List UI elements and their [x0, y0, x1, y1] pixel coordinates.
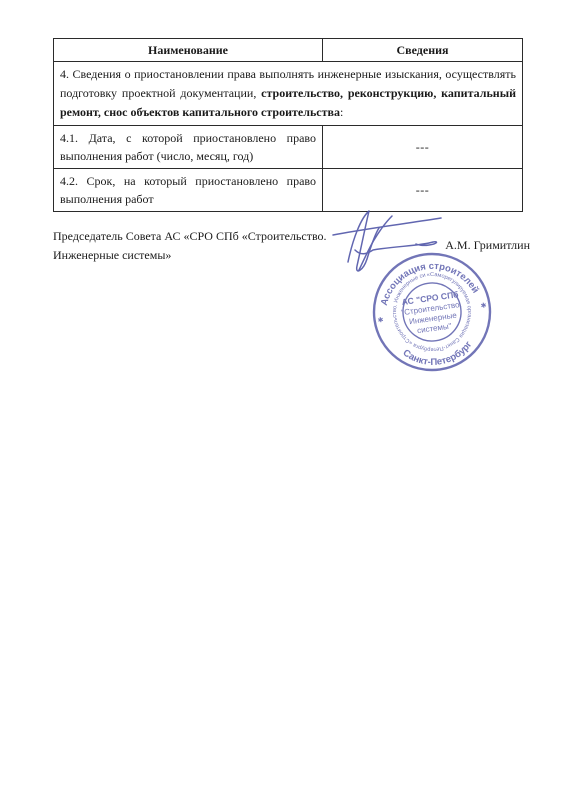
signatory-title-line2: Инженерные системы» — [53, 246, 363, 265]
column-header-name: Наименование — [54, 39, 323, 62]
row41-value: --- — [323, 126, 523, 169]
row4-text-suffix: : — [340, 105, 343, 119]
suspension-table: Наименование Сведения 4. Сведения о прио… — [53, 38, 523, 212]
table-row-4-1: 4.1. Дата, с которой приостановлено прав… — [54, 126, 523, 169]
row4-cell: 4. Сведения о приостановлении права выпо… — [54, 62, 523, 126]
table-row-4-2: 4.2. Срок, на который приостановлено пра… — [54, 169, 523, 212]
signatory-title-line1: Председатель Совета АС «СРО СПб «Строите… — [53, 227, 363, 246]
seal-separator-left-icon: ✱ — [377, 316, 384, 325]
signatory-title: Председатель Совета АС «СРО СПб «Строите… — [53, 227, 363, 265]
document-page: Наименование Сведения 4. Сведения о прио… — [0, 0, 565, 800]
row41-label: 4.1. Дата, с которой приостановлено прав… — [54, 126, 323, 169]
round-seal-stamp: Ассоциация строителей Санкт-Петербург «С… — [366, 250, 498, 374]
row42-label: 4.2. Срок, на который приостановлено пра… — [54, 169, 323, 212]
column-header-details: Сведения — [323, 39, 523, 62]
table-row-4: 4. Сведения о приостановлении права выпо… — [54, 62, 523, 126]
seal-separator-right-icon: ✱ — [480, 301, 487, 310]
table-header-row: Наименование Сведения — [54, 39, 523, 62]
